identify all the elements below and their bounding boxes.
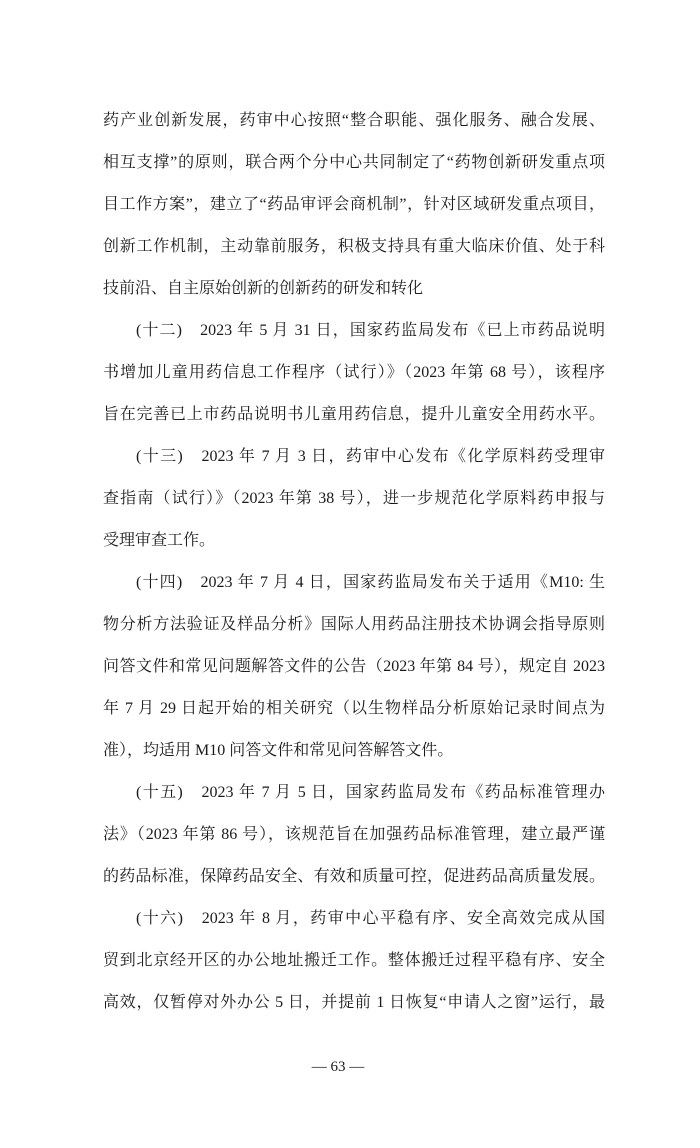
- document-body: 药产业创新发展，药审中心按照“整合职能、强化服务、融合发展、相互支撑”的原则，联…: [103, 100, 605, 1024]
- text-line: 受理审查工作。: [103, 520, 605, 562]
- text-line: 相互支撑”的原则，联合两个分中心共同制定了“药物创新研发重点项: [103, 142, 605, 184]
- text-line: 药产业创新发展，药审中心按照“整合职能、强化服务、融合发展、: [103, 100, 605, 142]
- paragraph-item-12: (十二) 2023 年 5 月 31 日，国家药监局发布《已上市药品说明书增加儿…: [103, 310, 605, 436]
- text-line: (十六) 2023 年 8 月，药审中心平稳有序、安全高效完成从国: [103, 898, 605, 940]
- text-line: 问答文件和常见问题解答文件的公告（2023 年第 84 号），规定自 2023: [103, 646, 605, 688]
- page-number: — 63 —: [312, 1059, 365, 1075]
- text-line: 年 7 月 29 日起开始的相关研究（以生物样品分析原始记录时间点为: [103, 688, 605, 730]
- text-line: (十四) 2023 年 7 月 4 日，国家药监局发布关于适用《M10: 生: [103, 562, 605, 604]
- text-line: 查指南（试行）》（2023 年第 38 号），进一步规范化学原料药申报与: [103, 478, 605, 520]
- paragraph-item-16: (十六) 2023 年 8 月，药审中心平稳有序、安全高效完成从国贸到北京经开区…: [103, 898, 605, 1024]
- text-line: 物分析方法验证及样品分析》国际人用药品注册技术协调会指导原则: [103, 604, 605, 646]
- paragraph-item-14: (十四) 2023 年 7 月 4 日，国家药监局发布关于适用《M10: 生物分…: [103, 562, 605, 772]
- text-line: (十二) 2023 年 5 月 31 日，国家药监局发布《已上市药品说明: [103, 310, 605, 352]
- text-line: 准），均适用 M10 问答文件和常见问答解答文件。: [103, 730, 605, 772]
- text-line: 创新工作机制，主动靠前服务，积极支持具有重大临床价值、处于科: [103, 226, 605, 268]
- text-line: (十五) 2023 年 7 月 5 日，国家药监局发布《药品标准管理办: [103, 772, 605, 814]
- paragraph-item-15: (十五) 2023 年 7 月 5 日，国家药监局发布《药品标准管理办法》（20…: [103, 772, 605, 898]
- text-line: 旨在完善已上市药品说明书儿童用药信息，提升儿童安全用药水平。: [103, 394, 605, 436]
- paragraph-item-13: (十三) 2023 年 7 月 3 日，药审中心发布《化学原料药受理审查指南（试…: [103, 436, 605, 562]
- text-line: 法》（2023 年第 86 号），该规范旨在加强药品标准管理，建立最严谨: [103, 814, 605, 856]
- document-page: 药产业创新发展，药审中心按照“整合职能、强化服务、融合发展、相互支撑”的原则，联…: [0, 0, 700, 1148]
- text-line: 技前沿、自主原始创新的创新药的研发和转化: [103, 268, 605, 310]
- page-footer: — 63 —: [0, 1056, 676, 1078]
- text-line: 书增加儿童用药信息工作程序（试行）》（2023 年第 68 号），该程序: [103, 352, 605, 394]
- text-line: 目工作方案”，建立了“药品审评会商机制”，针对区域研发重点项目，: [103, 184, 605, 226]
- text-line: 高效，仅暂停对外办公 5 日，并提前 1 日恢复“申请人之窗”运行，最: [103, 982, 605, 1024]
- text-line: 的药品标准，保障药品安全、有效和质量可控，促进药品高质量发展。: [103, 856, 605, 898]
- paragraph-continuation: 药产业创新发展，药审中心按照“整合职能、强化服务、融合发展、相互支撑”的原则，联…: [103, 100, 605, 310]
- text-line: (十三) 2023 年 7 月 3 日，药审中心发布《化学原料药受理审: [103, 436, 605, 478]
- text-line: 贸到北京经开区的办公地址搬迁工作。整体搬迁过程平稳有序、安全: [103, 940, 605, 982]
